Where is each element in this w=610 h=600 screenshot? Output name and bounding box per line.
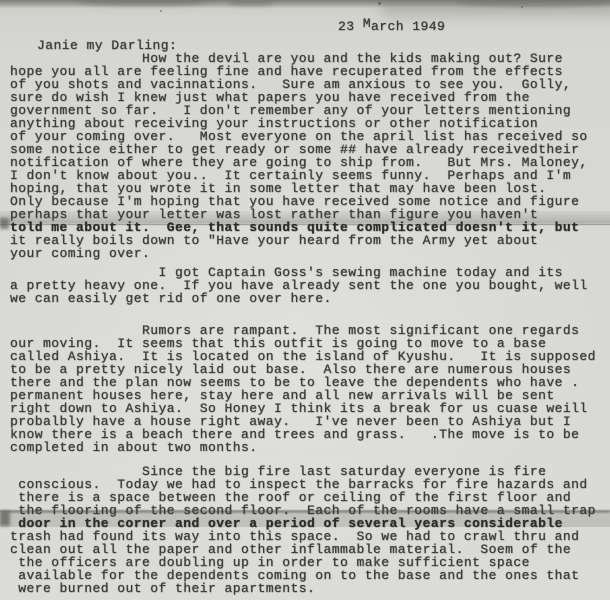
letter-line: we can easily get rid of one over here. — [10, 292, 608, 305]
letter-line: your coming over. — [10, 247, 608, 260]
letter-page: 23 March 1949 Janie my Darling: How the … — [0, 0, 610, 600]
letter-line: were burned out of their apartments. — [10, 582, 608, 595]
paper-speck — [160, 10, 162, 12]
paragraph-1: How the devil are you and the kids makin… — [10, 52, 608, 260]
letter-date: 23 March 1949 — [338, 20, 445, 33]
paragraph-3: Rumors are rampant. The most significant… — [10, 324, 608, 454]
date-month-initial: M — [363, 16, 371, 31]
fold-crease-lower-mark — [0, 511, 10, 526]
paper-smudge — [382, 0, 610, 16]
paper-speck — [378, 2, 381, 5]
paragraph-4: Since the big fire last saturday everyon… — [10, 465, 608, 595]
paragraph-2: I got Captain Goss's sewing machine toda… — [10, 266, 608, 305]
date-rest: arch 1949 — [371, 19, 445, 34]
fold-crease-upper-mark — [0, 218, 9, 229]
torn-edge-shadow — [228, 0, 274, 6]
letter-body: Janie my Darling: How the devil are you … — [10, 39, 608, 595]
letter-line: completed in about two months. — [10, 441, 608, 454]
paper-speck — [521, 6, 523, 8]
date-day: 23 — [338, 19, 363, 34]
